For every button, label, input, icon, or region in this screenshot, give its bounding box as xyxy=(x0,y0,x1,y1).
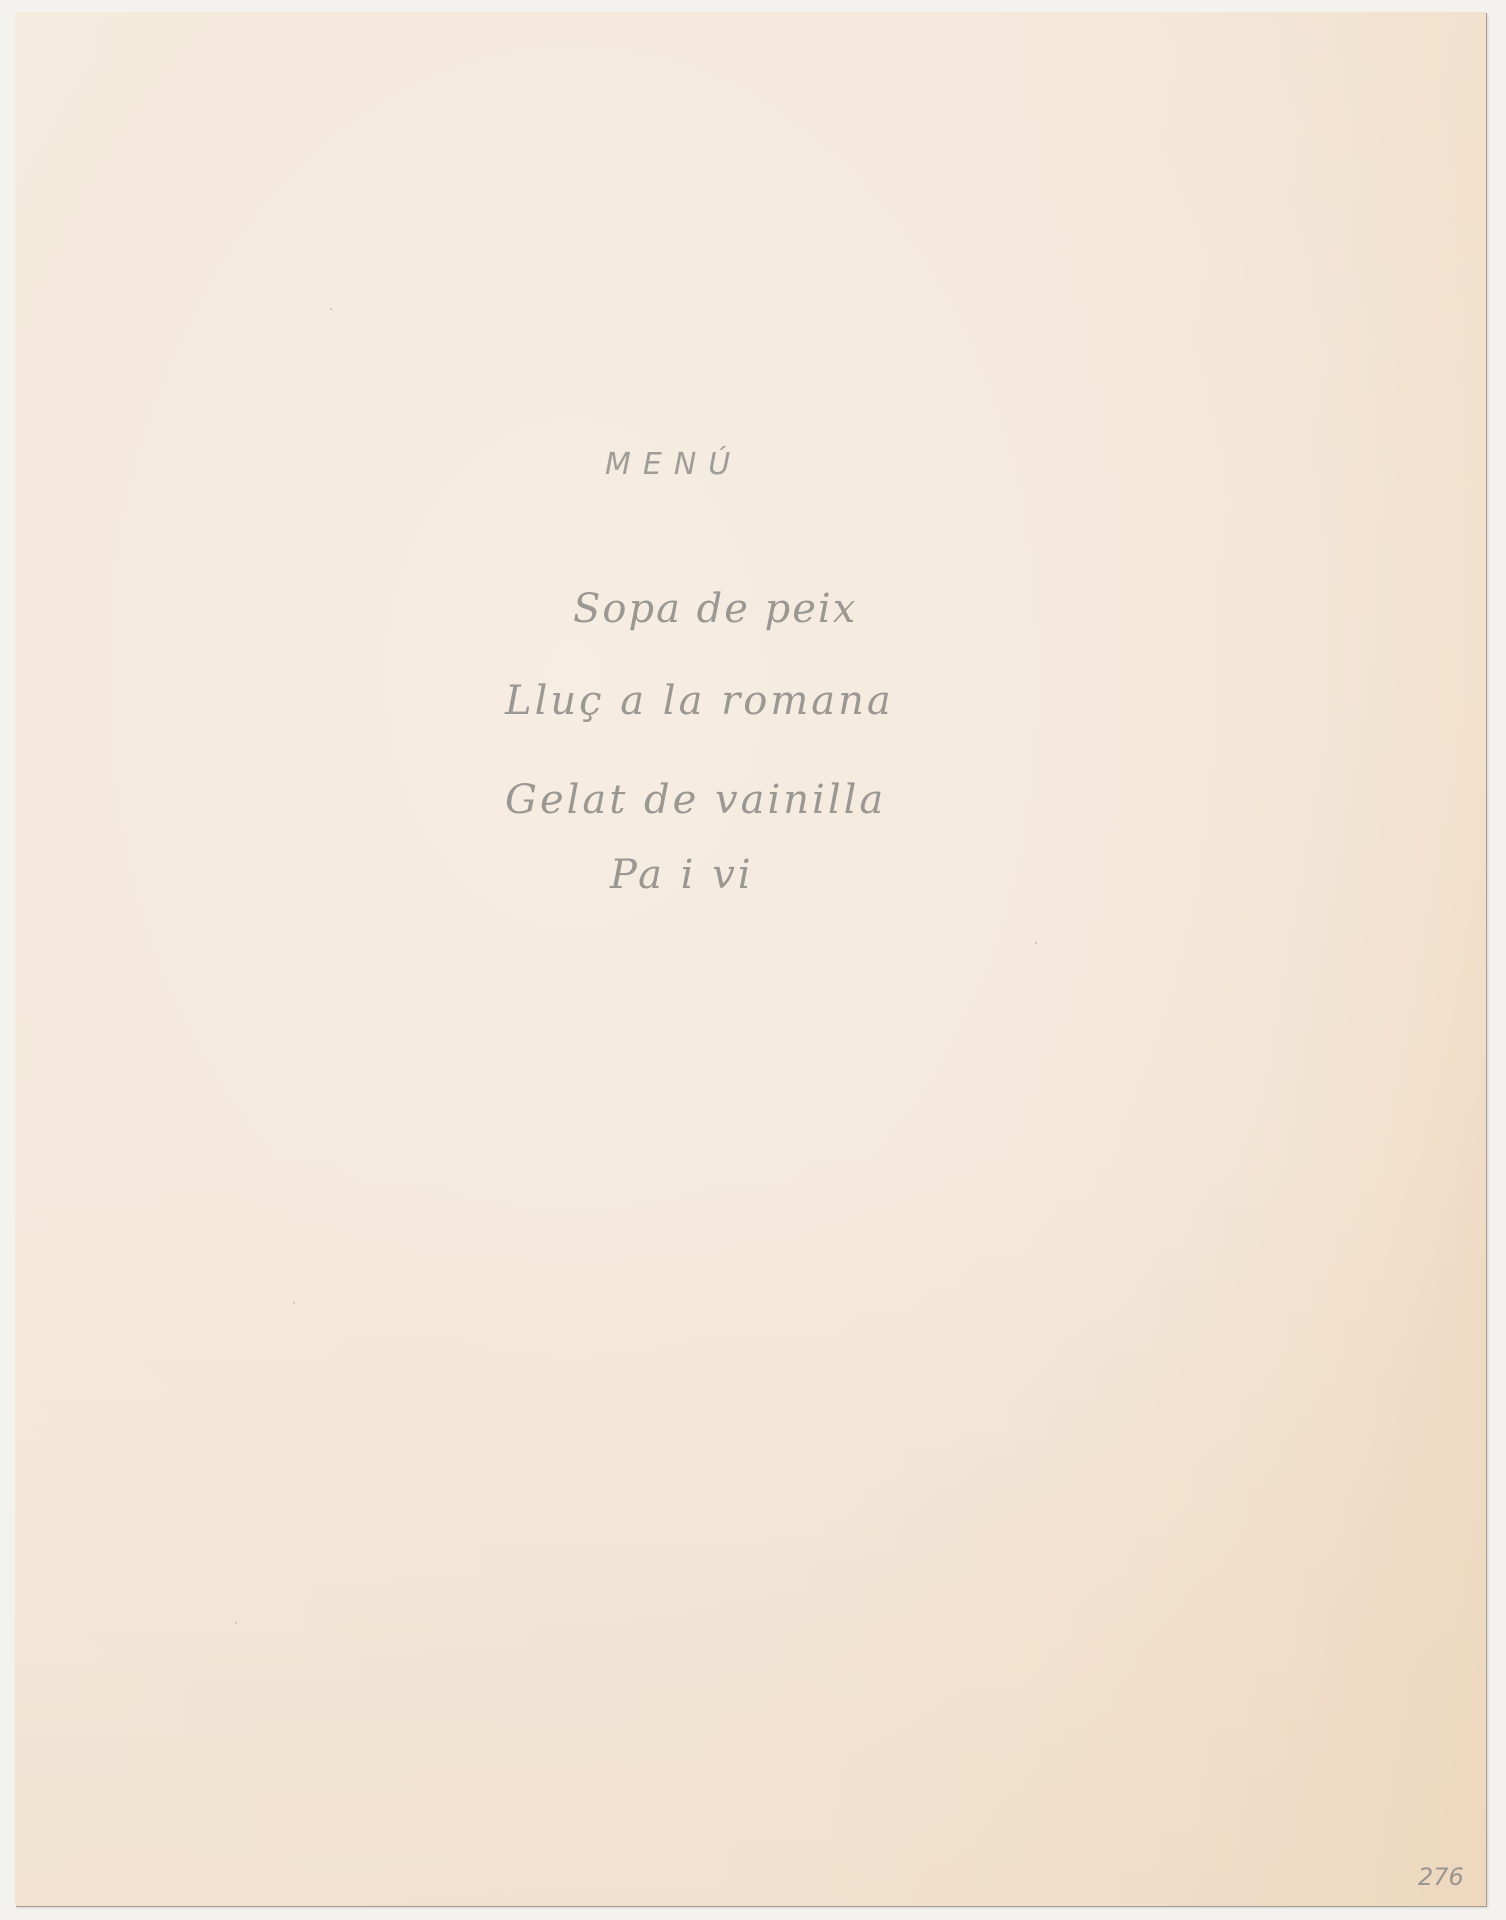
menu-title: MENÚ xyxy=(605,447,742,482)
paper-fleck xyxy=(293,1302,295,1304)
menu-item-bread-wine: Pa i vi xyxy=(610,852,754,898)
paper-fleck xyxy=(1035,942,1037,944)
page-number: 276 xyxy=(1418,1863,1464,1891)
menu-item-hake: Lluç a la romana xyxy=(505,678,894,724)
scanned-page: MENÚ Sopa de peix Lluç a la romana Gelat… xyxy=(15,12,1486,1906)
paper-fleck xyxy=(330,308,332,310)
menu-item-soup: Sopa de peix xyxy=(573,586,857,632)
menu-item-ice-cream: Gelat de vainilla xyxy=(505,777,886,823)
paper-fleck xyxy=(235,1622,237,1624)
